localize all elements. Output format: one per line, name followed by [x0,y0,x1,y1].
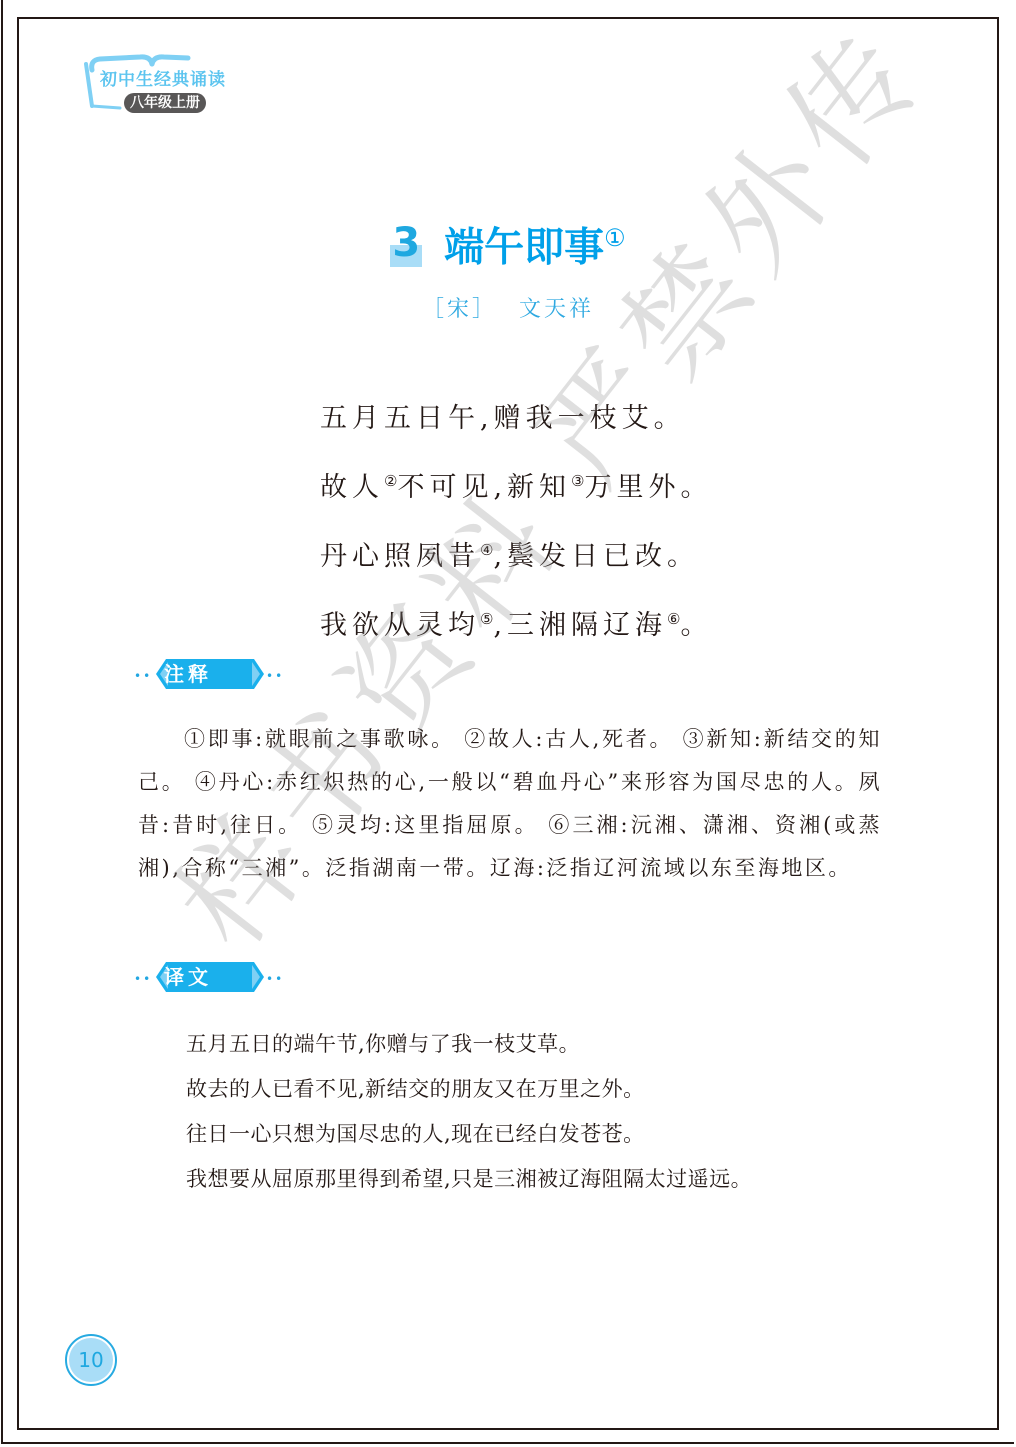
lesson-title-text: 端午即事 [444,223,604,270]
author-line: ［宋］文天祥 [0,292,1016,323]
footnote-marker: ③ [571,472,584,490]
translation-body: 五月五日的端午节,你赠与了我一枝艾草。 故去的人已看不见,新结交的朋友又在万里之… [186,1022,752,1202]
translation-line: 五月五日的端午节,你赠与了我一枝艾草。 [186,1022,752,1067]
footnote-marker: ⑥ [667,610,680,628]
lesson-number: 3 [390,217,422,269]
poem-text: 万里外。 [585,472,713,503]
page-number-badge: 10 [65,1334,117,1386]
poem-text: 故人 [320,472,384,503]
notes-body: ①即事:就眼前之事歌咏。 ②故人:古人,死者。 ③新知:新结交的知己。 ④丹心:… [138,718,882,890]
footnote-marker: ② [384,472,397,490]
translation-section-banner: •• 译文 •• [134,962,294,992]
grade-badge: 八年级上册 [124,93,206,113]
footnote-marker: ⑤ [480,610,493,628]
notes-section-banner: •• 注释 •• [134,659,294,689]
notes-text: ①即事:就眼前之事歌咏。 ②故人:古人,死者。 ③新知:新结交的知己。 ④丹心:… [138,718,882,890]
translation-line: 我想要从屈原那里得到希望,只是三湘被辽海阻隔太过遥远。 [186,1157,752,1202]
poem-line: 我欲从灵均⑤,三湘隔辽海⑥。 [320,588,713,657]
lesson-title: 端午即事① [444,212,626,273]
dynasty: ［宋］ [422,297,497,322]
poem-text: 不可见,新知 [397,472,571,503]
poem-text: ,三湘隔辽海 [493,610,667,641]
series-logo: 初中生经典诵读 八年级上册 [80,50,260,120]
page-number: 10 [69,1338,113,1382]
title-footnote-marker: ① [604,224,626,252]
dots-decoration: •• [266,972,284,986]
poem-text: 五月五日午,赠我一枝艾。 [320,403,686,434]
poem-body: 五月五日午,赠我一枝艾。 故人②不可见,新知③万里外。 丹心照夙昔④,鬓发日已改… [320,388,713,657]
series-title: 初中生经典诵读 [100,65,226,90]
poem-text: 。 [681,610,713,641]
poem-line: 丹心照夙昔④,鬓发日已改。 [320,519,713,588]
author-name: 文天祥 [519,297,594,322]
poem-text: 丹心照夙昔 [320,541,480,572]
translation-section-title: 译文 [134,962,242,992]
poem-text: 我欲从灵均 [320,610,480,641]
poem-text: ,鬓发日已改。 [493,541,699,572]
poem-line: 故人②不可见,新知③万里外。 [320,450,713,519]
notes-section-title: 注释 [134,659,242,689]
poem-line: 五月五日午,赠我一枝艾。 [320,388,713,450]
translation-line: 故去的人已看不见,新结交的朋友又在万里之外。 [186,1067,752,1112]
dots-decoration: •• [266,669,284,683]
translation-line: 往日一心只想为国尽忠的人,现在已经白发苍苍。 [186,1112,752,1157]
footnote-marker: ④ [480,541,493,559]
lesson-heading: 3端午即事① [0,212,1016,273]
